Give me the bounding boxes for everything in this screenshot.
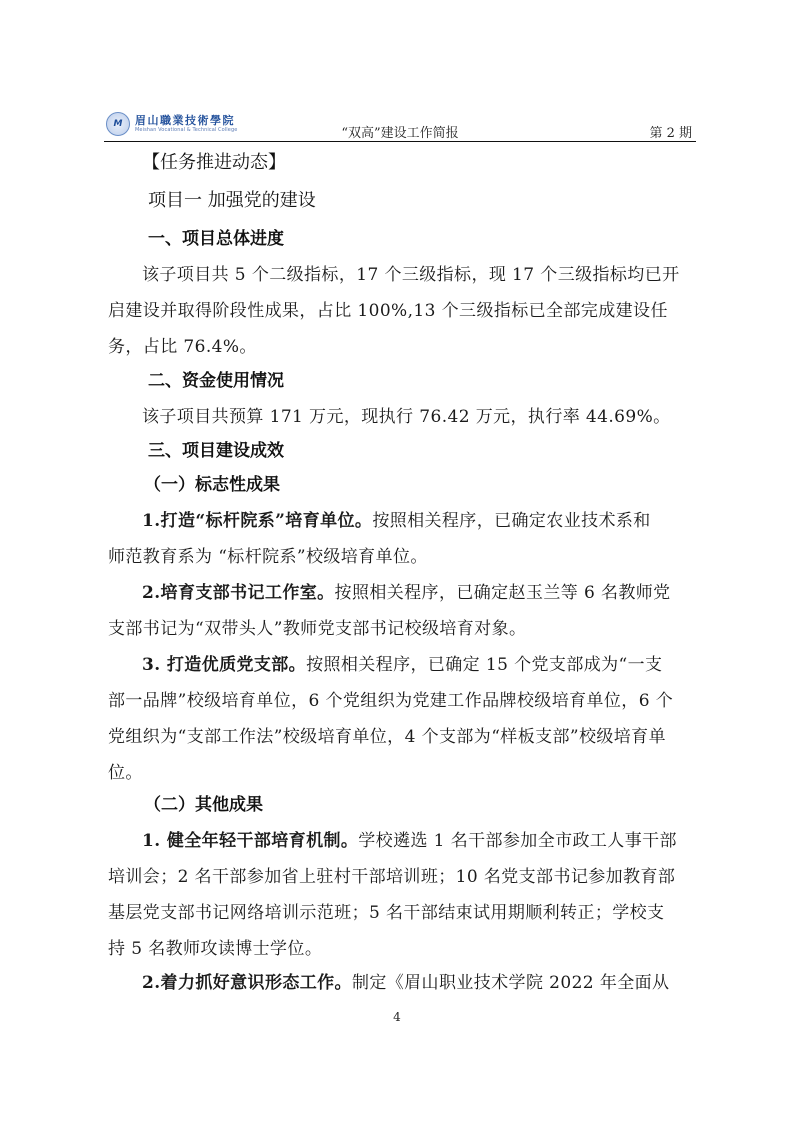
bulletin-title: “双高”建设工作简报: [104, 122, 696, 141]
paragraph-line: 持 5 名教师攻读博士学位。: [108, 934, 322, 959]
paragraph-line: 部一品牌”校级培育单位，6 个党组织为党建工作品牌校级培育单位，6 个: [108, 686, 673, 711]
heading-overall-progress: 一、项目总体进度: [148, 224, 284, 249]
item-first-line: 1. 健全年轻干部培育机制。学校遴选 1 名干部参加全市政工人事干部: [142, 826, 677, 851]
paragraph-line: 位。: [108, 758, 143, 783]
paragraph-line: 培训会；2 名干部参加省上驻村干部培训班；10 名党支部书记参加教育部: [108, 862, 675, 887]
item-first-line: 2.着力抓好意识形态工作。制定《眉山职业技术学院 2022 年全面从: [142, 968, 669, 993]
item-text: 按照相关程序，已确定 15 个党支部成为“一支: [306, 655, 662, 675]
header-divider: [104, 141, 696, 142]
item-text: 制定《眉山职业技术学院 2022 年全面从: [352, 973, 669, 993]
item-text: 按照相关程序，已确定赵玉兰等 6 名教师党: [335, 583, 671, 603]
section-tag: 【任务推进动态】: [142, 148, 286, 174]
item-first-line: 2.培育支部书记工作室。按照相关程序，已确定赵玉兰等 6 名教师党: [142, 578, 671, 603]
page-number: 4: [0, 1010, 794, 1024]
paragraph-line: 该子项目共 5 个二级指标，17 个三级指标，现 17 个三级指标均已开: [142, 260, 680, 285]
item-lead: 3. 打造优质党支部。: [142, 655, 306, 675]
page-header: M 眉山職業技術學院 Meishan Vocational & Technica…: [104, 110, 696, 142]
issue-number: 第 2 期: [649, 122, 692, 141]
heading-construction-results: 三、项目建设成效: [148, 436, 284, 461]
project-title: 项目一 加强党的建设: [148, 186, 316, 212]
paragraph-line: 启建设并取得阶段性成果，占比 100%,13 个三级指标已全部完成建设任: [108, 296, 668, 321]
item-lead: 1.打造“标杆院系”培育单位。: [142, 511, 372, 531]
paragraph-line: 支部书记为“双带头人”教师党支部书记校级培育对象。: [108, 614, 526, 639]
subheading-other-results: （二）其他成果: [144, 790, 263, 815]
item-text: 按照相关程序，已确定农业技术系和: [372, 511, 650, 531]
paragraph-line: 党组织为“支部工作法”校级培育单位，4 个支部为“样板支部”校级培育单: [108, 722, 666, 747]
item-first-line: 3. 打造优质党支部。按照相关程序，已确定 15 个党支部成为“一支: [142, 650, 662, 675]
paragraph-line: 务，占比 76.4%。: [108, 332, 257, 357]
paragraph-line: 师范教育系为 “标杆院系”校级培育单位。: [108, 542, 428, 567]
item-lead: 1. 健全年轻干部培育机制。: [142, 831, 358, 851]
heading-fund-usage: 二、资金使用情况: [148, 366, 284, 391]
paragraph-line: 该子项目共预算 171 万元，现执行 76.42 万元，执行率 44.69%。: [142, 402, 671, 427]
item-first-line: 1.打造“标杆院系”培育单位。按照相关程序，已确定农业技术系和: [142, 506, 651, 531]
item-text: 学校遴选 1 名干部参加全市政工人事干部: [358, 831, 677, 851]
item-lead: 2.着力抓好意识形态工作。: [142, 973, 352, 993]
item-lead: 2.培育支部书记工作室。: [142, 583, 335, 603]
paragraph-line: 基层党支部书记网络培训示范班；5 名干部结束试用期顺利转正；学校支: [108, 898, 664, 923]
subheading-landmark-results: （一）标志性成果: [144, 470, 280, 495]
